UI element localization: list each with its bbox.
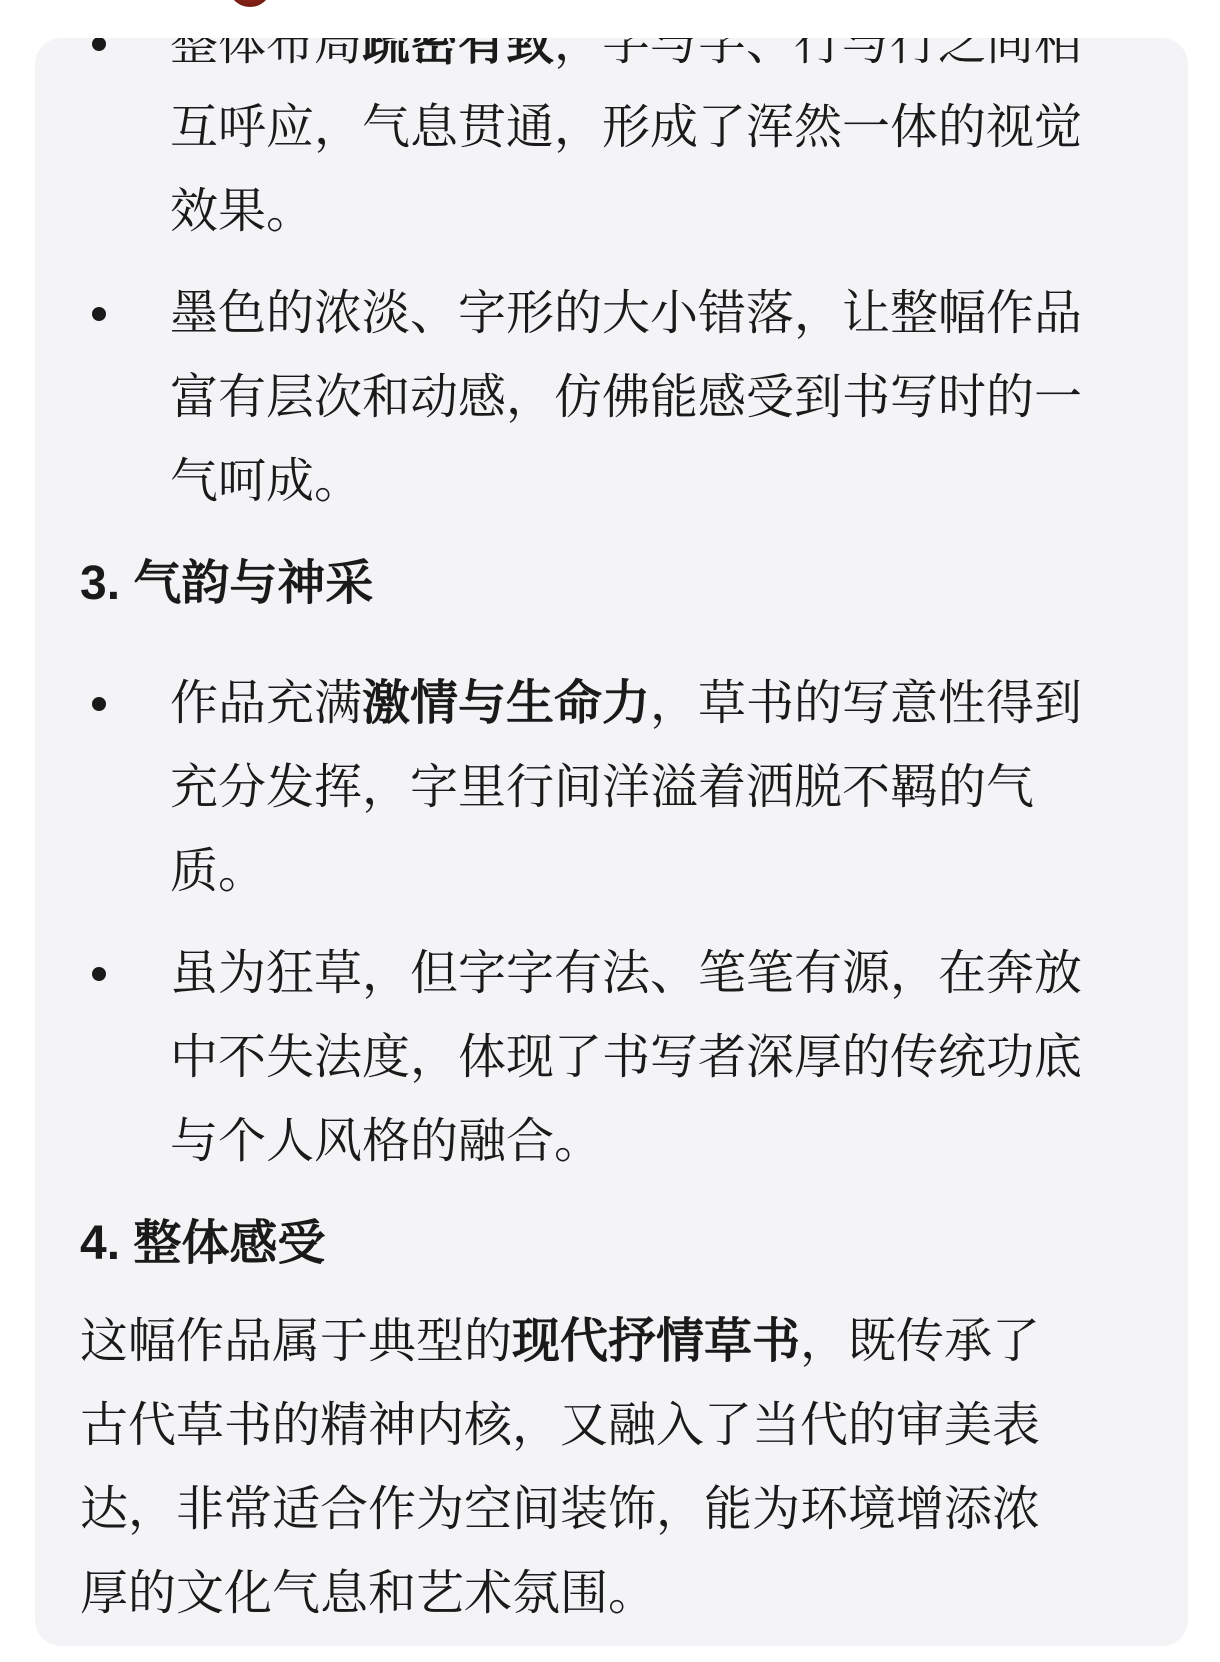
section-heading: 3. 气韵与神采 xyxy=(80,542,1143,626)
summary-paragraph: 这幅作品属于典型的现代抒情草书，既传承了古代草书的精神内核，又融入了当代的审美表… xyxy=(80,1300,1065,1636)
bullet-text: 墨色的浓淡、字形的大小错落，让整幅作品富有层次和动感，仿佛能感受到书写时的一气呵… xyxy=(170,272,1100,524)
message-content: 整体布局疏密有致，字与字、行与行之间相互呼应，气息贯通，形成了浑然一体的视觉效果… xyxy=(35,38,1188,1636)
section-heading: 4. 整体感受 xyxy=(80,1202,1143,1286)
bullet-dot-icon xyxy=(92,307,106,321)
bullet-dot-icon xyxy=(92,697,106,711)
bold-text: 3. 气韵与神采 xyxy=(80,557,373,610)
red-circle-logo-icon xyxy=(228,0,272,7)
bullet-text: 虽为狂草，但字字有法、笔笔有源，在奔放中不失法度，体现了书写者深厚的传统功底与个… xyxy=(170,932,1100,1184)
bold-text: 激情与生命力 xyxy=(362,677,650,730)
bullet-item: 作品充满激情与生命力，草书的写意性得到充分发挥，字里行间洋溢着洒脱不羁的气质。 xyxy=(80,662,1143,914)
bullet-text: 整体布局疏密有致，字与字、行与行之间相互呼应，气息贯通，形成了浑然一体的视觉效果… xyxy=(170,38,1100,254)
bold-text: 疏密有致 xyxy=(362,38,554,70)
bullet-item: 墨色的浓淡、字形的大小错落，让整幅作品富有层次和动感，仿佛能感受到书写时的一气呵… xyxy=(80,272,1143,524)
screen: { "colors": { "page_bg": "#ffffff", "car… xyxy=(0,0,1220,1662)
bullet-item: 虽为狂草，但字字有法、笔笔有源，在奔放中不失法度，体现了书写者深厚的传统功底与个… xyxy=(80,932,1143,1184)
bold-text: 4. 整体感受 xyxy=(80,1217,325,1270)
bullet-dot-icon xyxy=(92,38,106,51)
bullet-item: 整体布局疏密有致，字与字、行与行之间相互呼应，气息贯通，形成了浑然一体的视觉效果… xyxy=(80,38,1143,254)
bullet-text: 作品充满激情与生命力，草书的写意性得到充分发挥，字里行间洋溢着洒脱不羁的气质。 xyxy=(170,662,1100,914)
bold-text: 现代抒情草书 xyxy=(512,1315,800,1368)
assistant-message-bubble: 整体布局疏密有致，字与字、行与行之间相互呼应，气息贯通，形成了浑然一体的视觉效果… xyxy=(35,38,1188,1646)
bullet-dot-icon xyxy=(92,967,106,981)
